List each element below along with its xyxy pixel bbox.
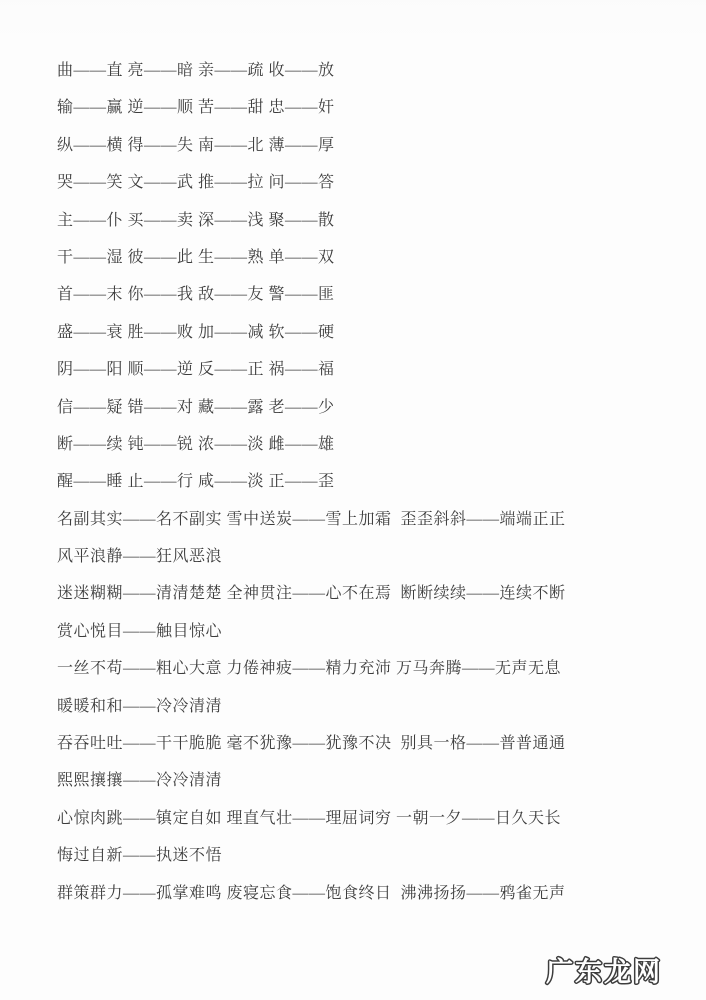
idiom-pair-line: 迷迷糊糊——清清楚楚 全神贯注——心不在焉 断断续续——连续不断 <box>57 575 690 612</box>
word-pair-line: 输——赢 逆——顺 苦——甜 忠——奸 <box>57 89 690 126</box>
idiom-pair-line: 悔过自新——执迷不悟 <box>57 837 690 874</box>
word-pair-line: 纵——横 得——失 南——北 薄——厚 <box>57 127 690 164</box>
word-pair-line: 哭——笑 文——武 推——拉 问——答 <box>57 164 690 201</box>
idiom-pair-line: 群策群力——孤掌难鸣 废寝忘食——饱食终日 沸沸扬扬——鸦雀无声 <box>57 875 690 912</box>
document-page: 曲——直 亮——暗 亲——疏 收——放 输——赢 逆——顺 苦——甜 忠——奸 … <box>0 0 706 1000</box>
word-pair-line: 干——湿 彼——此 生——熟 单——双 <box>57 239 690 276</box>
idiom-pair-line: 名副其实——名不副实 雪中送炭——雪上加霜 歪歪斜斜——端端正正 <box>57 501 690 538</box>
word-pair-line: 盛——衰 胜——败 加——减 软——硬 <box>57 314 690 351</box>
watermark: 广东龙网 <box>524 950 684 992</box>
idiom-pair-line: 一丝不苟——粗心大意 力倦神疲——精力充沛 万马奔腾——无声无息 <box>57 650 690 687</box>
watermark-text: 广东龙网 <box>546 957 662 987</box>
word-pair-line: 断——续 钝——锐 浓——淡 雌——雄 <box>57 426 690 463</box>
idiom-pair-line: 暖暖和和——冷冷清清 <box>57 688 690 725</box>
word-pair-line: 曲——直 亮——暗 亲——疏 收——放 <box>57 52 690 89</box>
idiom-pair-line: 赏心悦目——触目惊心 <box>57 613 690 650</box>
idiom-pair-line: 熙熙攘攘——冷冷清清 <box>57 762 690 799</box>
word-pair-line: 醒——睡 止——行 咸——淡 正——歪 <box>57 463 690 500</box>
idiom-pair-line: 心惊肉跳——镇定自如 理直气壮——理屈词穷 一朝一夕——日久天长 <box>57 800 690 837</box>
word-pair-line: 信——疑 错——对 藏——露 老——少 <box>57 389 690 426</box>
idiom-pair-line: 吞吞吐吐——干干脆脆 毫不犹豫——犹豫不决 别具一格——普普通通 <box>57 725 690 762</box>
word-pair-line: 阴——阳 顺——逆 反——正 祸——福 <box>57 351 690 388</box>
word-pair-line: 首——末 你——我 敌——友 警——匪 <box>57 276 690 313</box>
antonym-word-list: 曲——直 亮——暗 亲——疏 收——放 输——赢 逆——顺 苦——甜 忠——奸 … <box>57 52 690 912</box>
idiom-pair-line: 风平浪静——狂风恶浪 <box>57 538 690 575</box>
word-pair-line: 主——仆 买——卖 深——浅 聚——散 <box>57 202 690 239</box>
